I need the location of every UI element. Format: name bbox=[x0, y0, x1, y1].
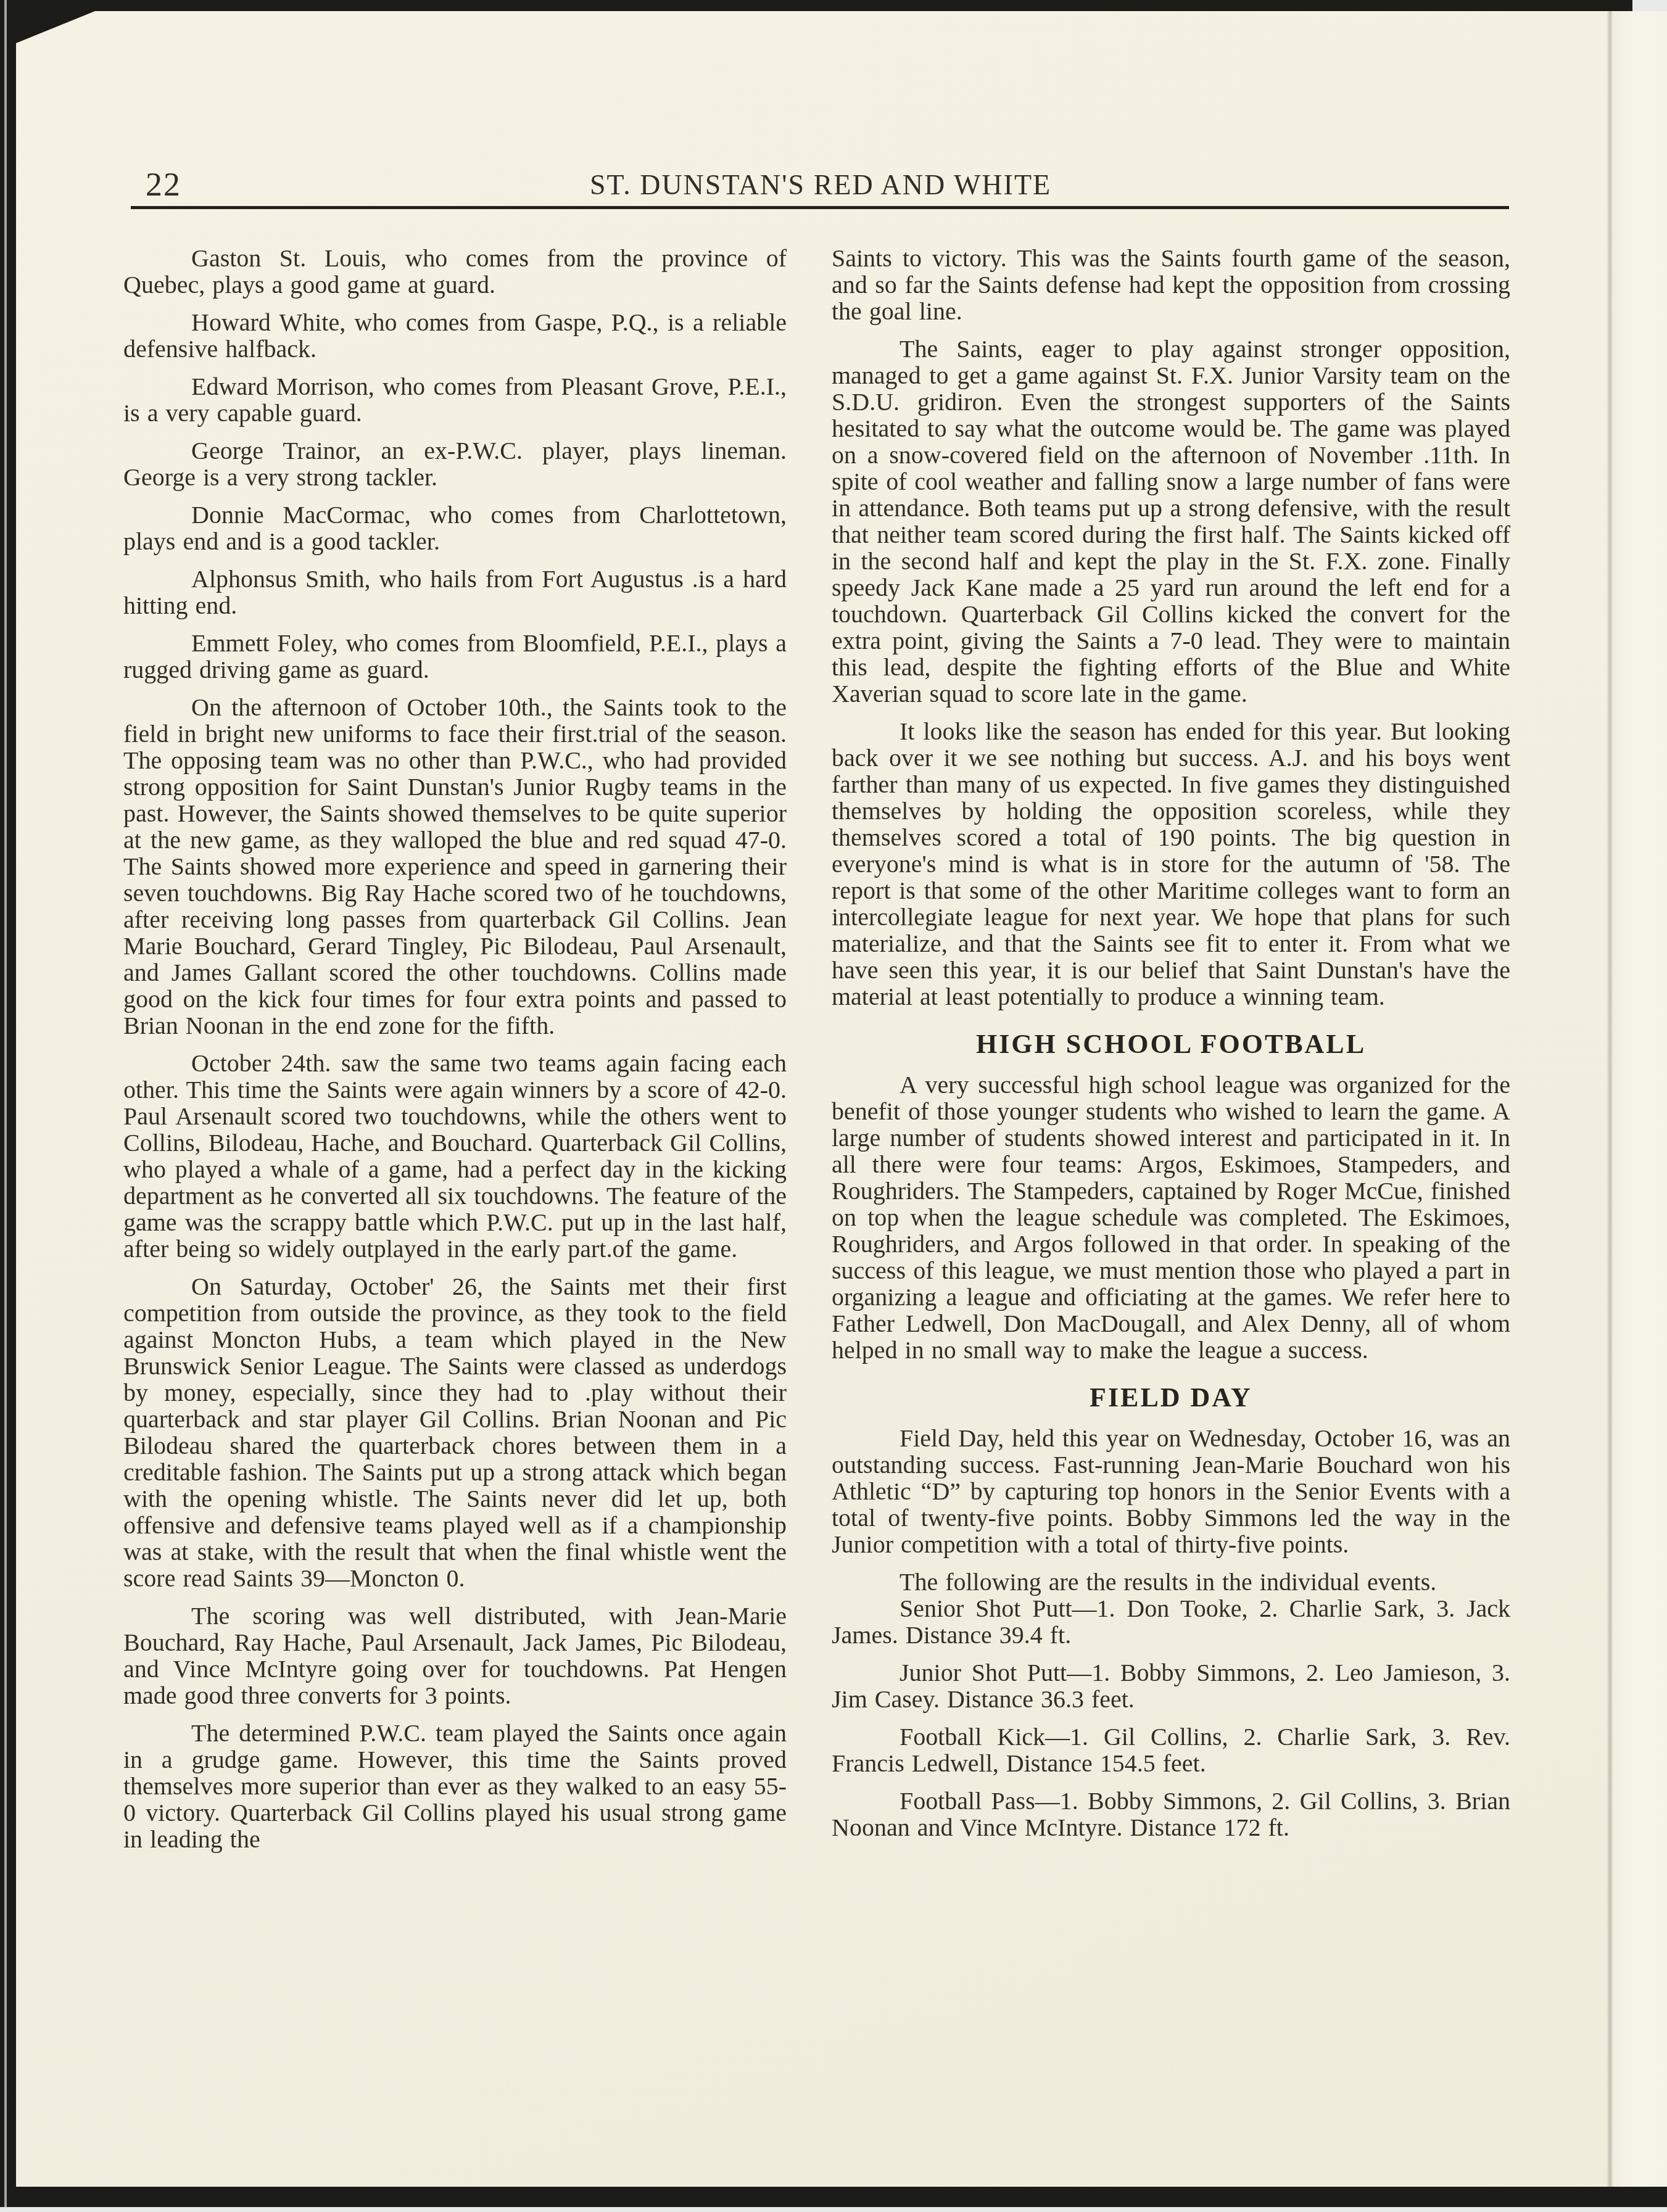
paragraph: It looks like the season has ended for t… bbox=[832, 718, 1510, 1010]
page-content: 22 ST. DUNSTAN'S RED AND WHITE Gaston St… bbox=[123, 159, 1510, 1852]
paragraph: The determined P.W.C. team played the Sa… bbox=[123, 1720, 787, 1852]
scanner-bed-strip bbox=[0, 2207, 1667, 2212]
page-header: 22 ST. DUNSTAN'S RED AND WHITE bbox=[123, 159, 1510, 201]
paragraph: Edward Morrison, who comes from Pleasant… bbox=[123, 373, 787, 426]
paragraph: Donnie MacCormac, who comes from Charlot… bbox=[123, 501, 787, 555]
page-corner-fold-topleft bbox=[16, 11, 95, 43]
paragraph: The Saints, eager to play against strong… bbox=[832, 336, 1510, 707]
header-rule bbox=[131, 206, 1509, 209]
scan-edge-topright bbox=[1632, 0, 1667, 11]
next-page-edge bbox=[1613, 11, 1667, 2187]
paragraph: The following are the results in the ind… bbox=[832, 1569, 1510, 1595]
paragraph: Football Kick—1. Gil Collins, 2. Charlie… bbox=[832, 1723, 1510, 1777]
paragraph: Alphonsus Smith, who hails from Fort Aug… bbox=[123, 566, 787, 619]
page-sheet: 22 ST. DUNSTAN'S RED AND WHITE Gaston St… bbox=[16, 11, 1667, 2187]
paragraph: George Trainor, an ex-P.W.C. player, pla… bbox=[123, 437, 787, 490]
scanned-yearbook-page: 22 ST. DUNSTAN'S RED AND WHITE Gaston St… bbox=[0, 0, 1667, 2212]
page-header-title: ST. DUNSTAN'S RED AND WHITE bbox=[590, 170, 1051, 200]
paragraph: Football Pass—1. Bobby Simmons, 2. Gil C… bbox=[832, 1788, 1510, 1841]
left-column: Gaston St. Louis, who comes from the pro… bbox=[123, 245, 787, 1852]
page-number: 22 bbox=[146, 168, 181, 201]
section-heading-field-day: FIELD DAY bbox=[832, 1382, 1510, 1414]
paragraph: Gaston St. Louis, who comes from the pro… bbox=[123, 245, 787, 298]
paragraph: October 24th. saw the same two teams aga… bbox=[123, 1050, 787, 1262]
scan-edge-line-left bbox=[4, 0, 7, 2208]
paragraph: Saints to victory. This was the Saints f… bbox=[832, 245, 1510, 324]
right-column: Saints to victory. This was the Saints f… bbox=[832, 245, 1510, 1852]
paragraph: Junior Shot Putt—1. Bobby Simmons, 2. Le… bbox=[832, 1659, 1510, 1712]
section-heading-high-school-football: HIGH SCHOOL FOOTBALL bbox=[832, 1028, 1510, 1060]
page-crease bbox=[1607, 11, 1613, 2187]
paragraph: On Saturday, October' 26, the Saints met… bbox=[123, 1273, 787, 1591]
paragraph: Field Day, held this year on Wednesday, … bbox=[832, 1425, 1510, 1558]
paragraph: On the afternoon of October 10th., the S… bbox=[123, 694, 787, 1039]
paragraph: Senior Shot Putt—1. Don Tooke, 2. Charli… bbox=[832, 1595, 1510, 1648]
paragraph: A very successful high school league was… bbox=[832, 1071, 1510, 1363]
text-columns: Gaston St. Louis, who comes from the pro… bbox=[123, 245, 1510, 1852]
paragraph: Emmett Foley, who comes from Bloomfield,… bbox=[123, 630, 787, 683]
paragraph: The scoring was well distributed, with J… bbox=[123, 1603, 787, 1709]
paragraph: Howard White, who comes from Gaspe, P.Q.… bbox=[123, 309, 787, 362]
